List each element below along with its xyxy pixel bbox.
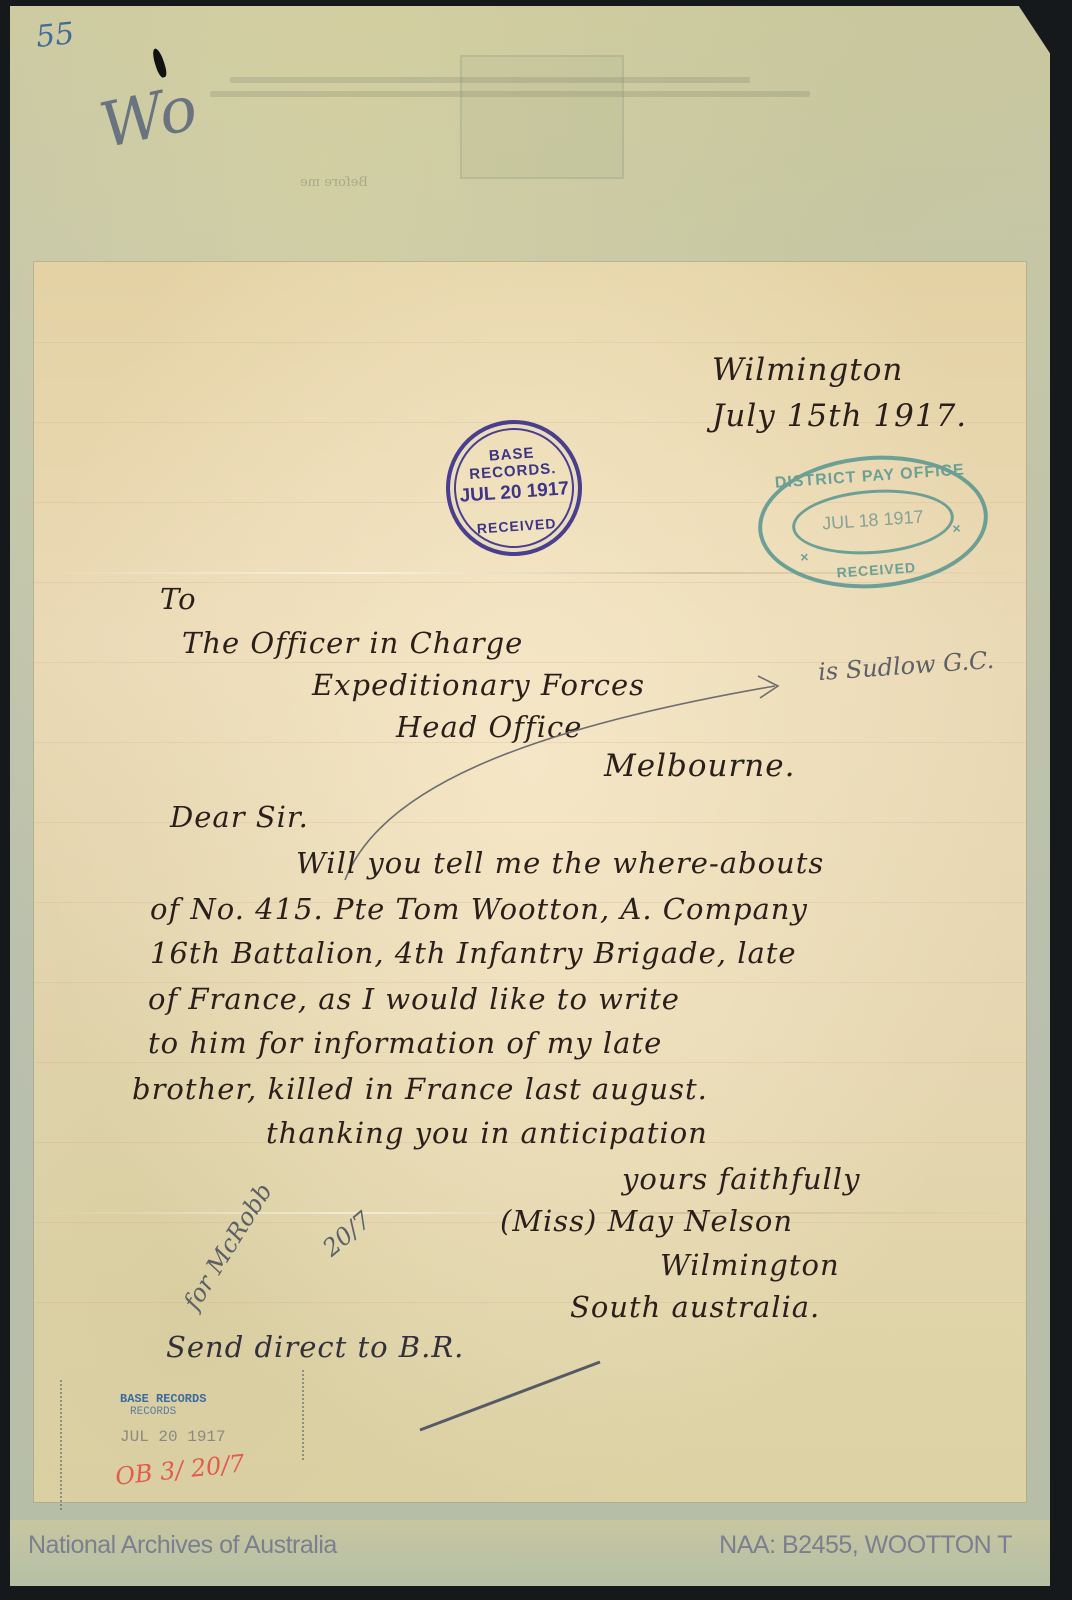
stamp-date: JUL 20 1917 — [120, 1428, 230, 1446]
body-line-5: to him for information of my late — [148, 1026, 662, 1060]
closing-thanks: thanking you in anticipation — [266, 1116, 708, 1150]
dotted-margin-line — [60, 1380, 62, 1510]
body-line-3: 16th Battalion, 4th Infantry Brigade, la… — [150, 936, 797, 970]
salutation: Dear Sir. — [170, 800, 309, 834]
stamp-line-2: RECORDS — [130, 1406, 230, 1418]
closing-valediction: yours faithfully — [622, 1162, 860, 1196]
dotted-margin-line — [302, 1370, 304, 1460]
sender-town: Wilmington — [660, 1248, 840, 1282]
stamp-line-1: BASE RECORDS — [120, 1392, 230, 1406]
signature: (Miss) May Nelson — [500, 1204, 793, 1238]
body-line-4: of France, as I would like to write — [148, 982, 680, 1016]
archive-reference: NAA: B2455, WOOTTON T — [719, 1531, 1012, 1560]
body-line-6: brother, killed in France last august. — [132, 1072, 708, 1106]
pencil-arrow-icon — [0, 0, 1072, 1600]
instruction-note: Send direct to B.R. — [166, 1330, 464, 1364]
archive-name: National Archives of Australia — [28, 1531, 337, 1560]
sender-state: South australia. — [570, 1290, 820, 1324]
body-line-1: Will you tell me the where-abouts — [296, 846, 824, 880]
body-line-2: of No. 415. Pte Tom Wootton, A. Company — [150, 892, 808, 926]
